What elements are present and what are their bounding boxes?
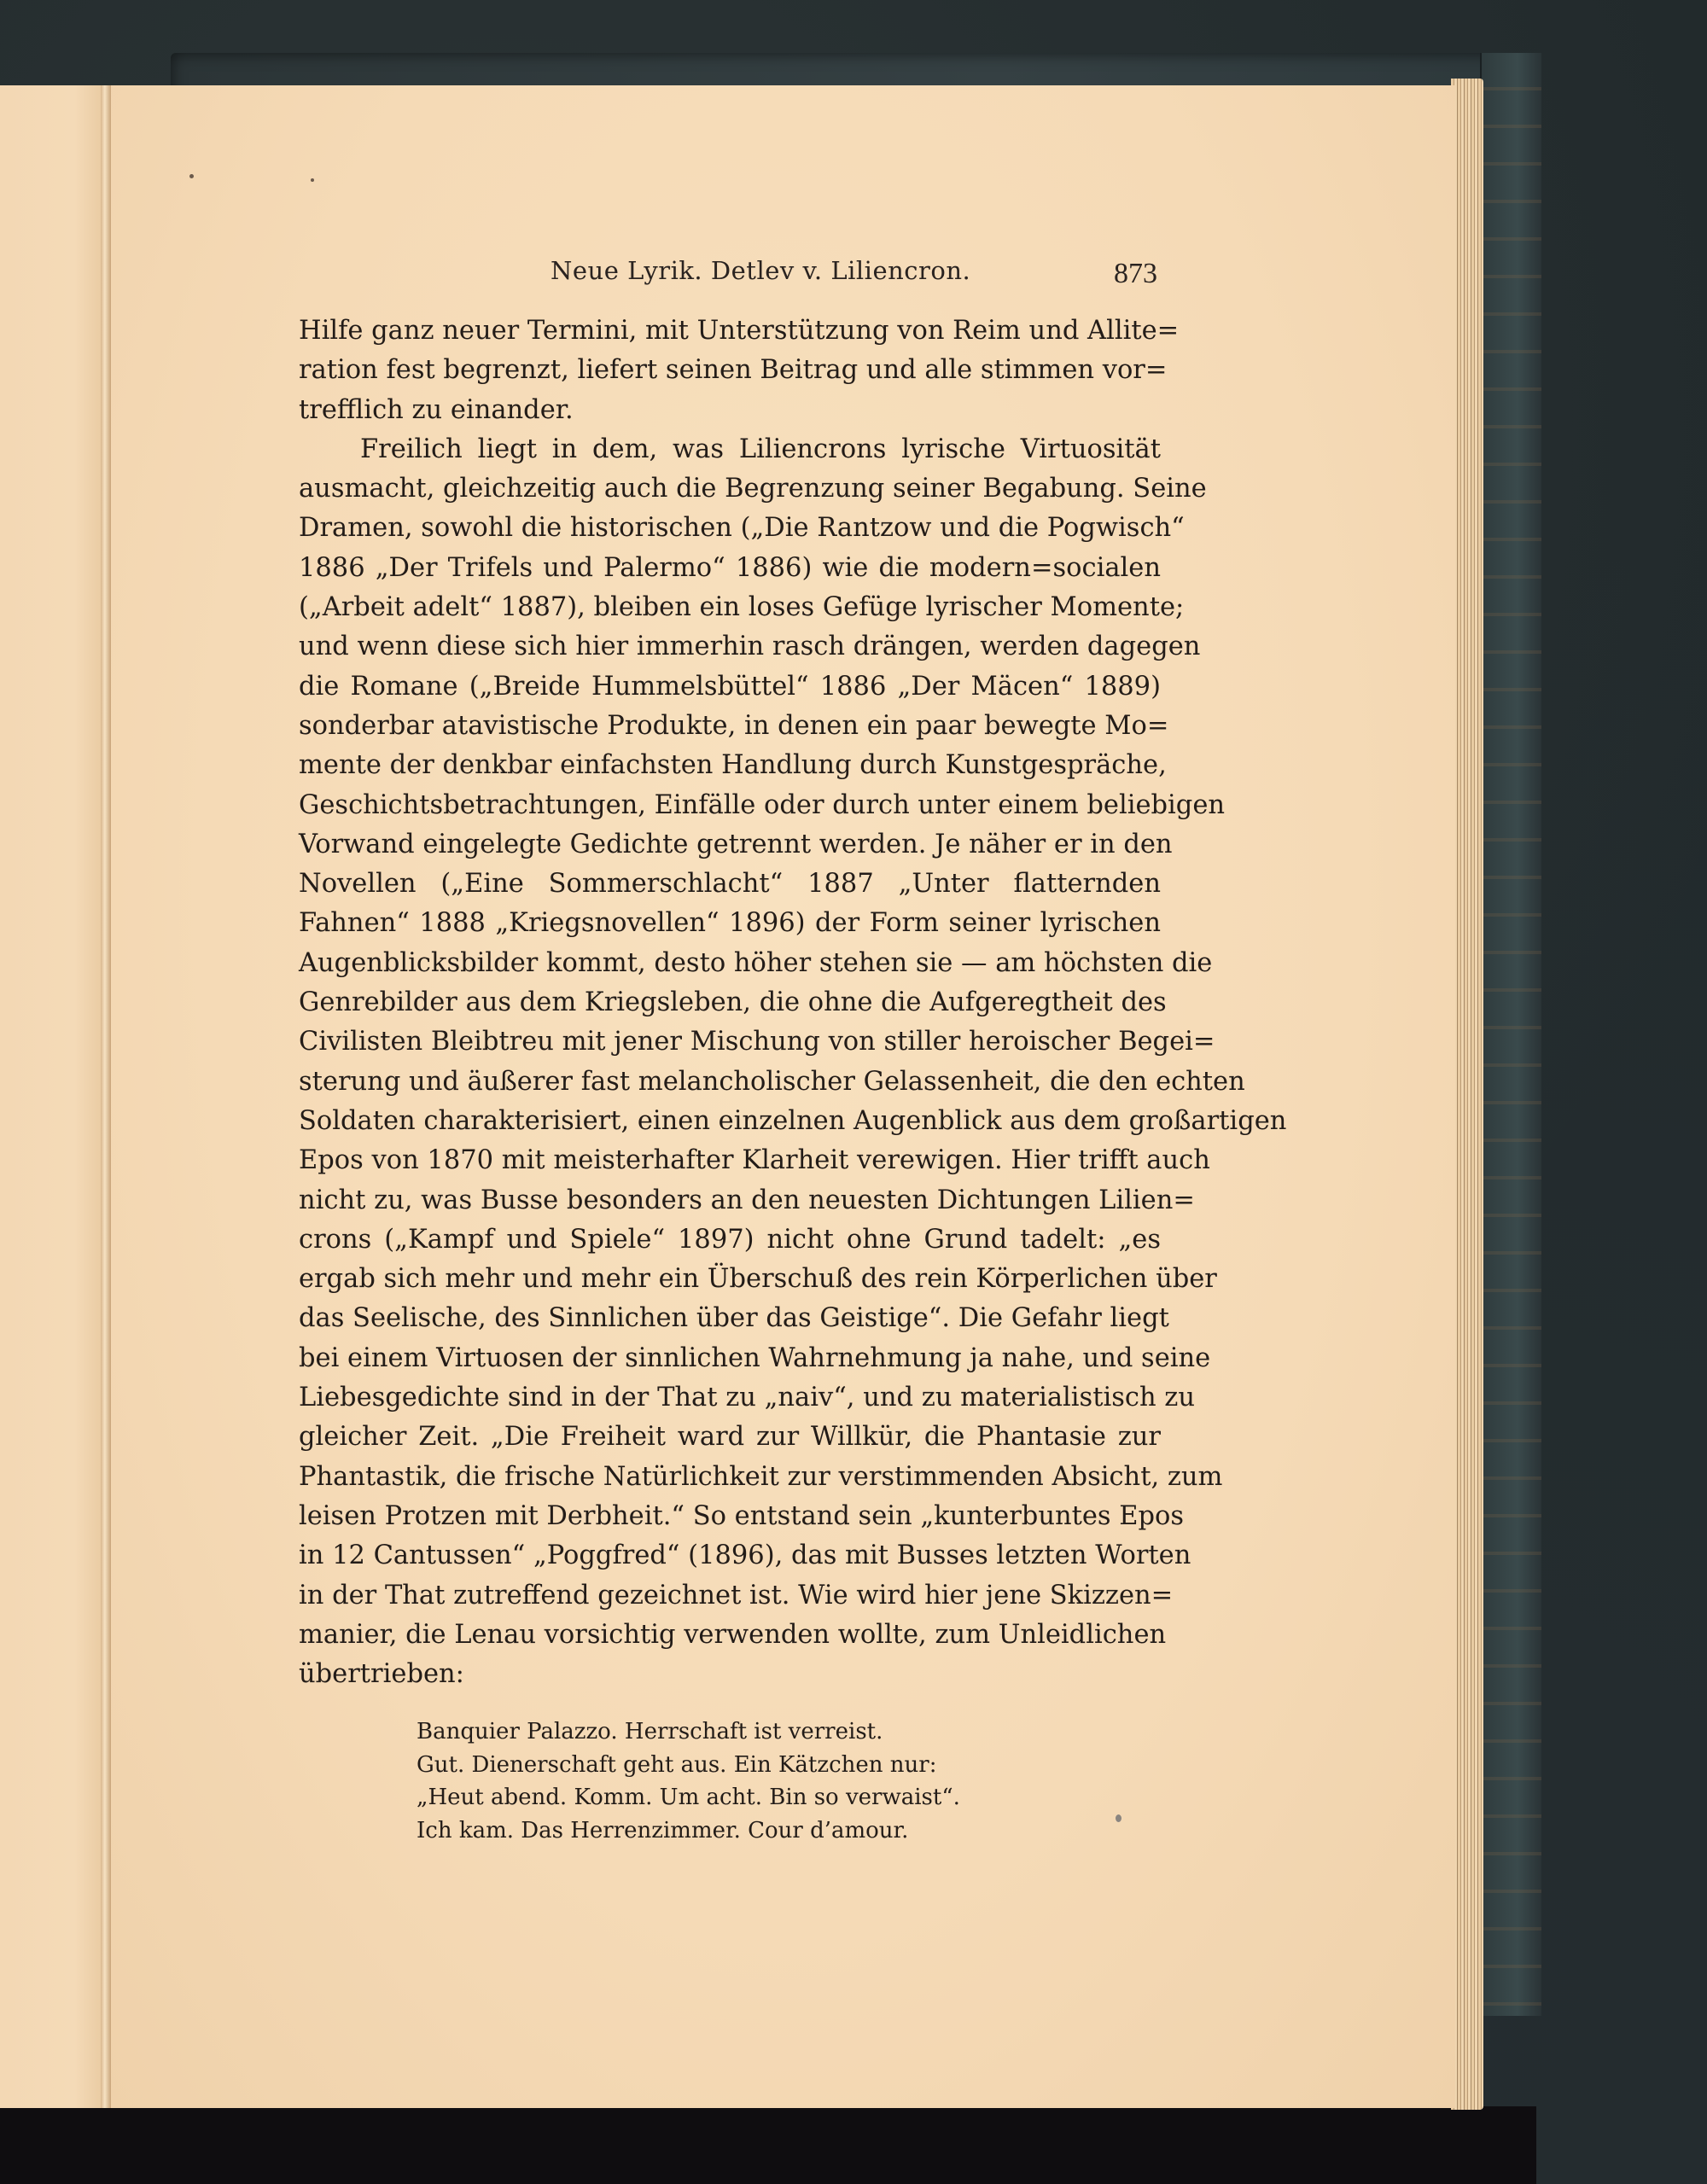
text-line: crons („Kampf und Spiele“ 1897) nicht oh… [299,1220,1161,1260]
text-line: Augenblicksbilder kommt, desto höher ste… [299,944,1161,983]
text-line: mente der denkbar einfachsten Handlung d… [299,746,1161,785]
bottom-shadow [0,2106,1536,2184]
text-line: gleicher Zeit. „Die Freiheit ward zur Wi… [299,1418,1161,1457]
text-line: Vorwand eingelegte Gedichte getrennt wer… [299,825,1161,865]
text-line: Soldaten charakterisiert, einen einzelne… [299,1102,1161,1141]
paper-speck [311,178,314,182]
paper-speck [1116,1814,1121,1822]
text-line: 1886 „Der Trifels und Palermo“ 1886) wie… [299,549,1161,588]
text-line: Liebesgedichte sind in der That zu „naiv… [299,1378,1161,1418]
page-edges-stack [1451,79,1483,2110]
text-line: die Romane („Breide Hummelsbüttel“ 1886 … [299,667,1161,707]
text-line: Freilich liegt in dem, was Liliencrons l… [299,430,1161,469]
text-line: leisen Protzen mit Derbheit.“ So entstan… [299,1497,1161,1536]
text-line: sterung und äußerer fast melancholischer… [299,1063,1161,1102]
running-head: Neue Lyrik. Detlev v. Liliencron. [551,256,970,285]
text-line: Novellen („Eine Sommerschlacht“ 1887 „Un… [299,865,1161,904]
text-line: und wenn diese sich hier immerhin rasch … [299,627,1161,667]
text-line: nicht zu, was Busse besonders an den neu… [299,1181,1161,1220]
verse-line: Gut. Dienerschaft geht aus. Ein Kätzchen… [417,1749,960,1782]
verse-line: Ich kam. Das Herrenzimmer. Cour d’amour. [417,1814,960,1848]
text-line: ration fest begrenzt, liefert seinen Bei… [299,351,1161,390]
text-line: das Seelische, des Sinnlichen über das G… [299,1299,1161,1338]
text-line: Phantastik, die frische Natürlichkeit zu… [299,1458,1161,1497]
verse-line: Banquier Palazzo. Herrschaft ist verreis… [417,1715,960,1749]
body-text: Hilfe ganz neuer Termini, mit Unterstütz… [299,312,1161,1694]
paper-speck [189,174,194,178]
text-line: Hilfe ganz neuer Termini, mit Unterstütz… [299,312,1161,351]
verse-quote: Banquier Palazzo. Herrschaft ist verreis… [417,1715,960,1847]
text-line: trefflich zu einander. [299,391,1161,430]
text-line: in 12 Cantussen“ „Poggfred“ (1896), das … [299,1536,1161,1575]
page-gutter [101,85,111,2108]
facing-page-left [0,85,107,2108]
text-line: übertrieben: [299,1655,1161,1694]
text-line: manier, die Lenau vorsichtig verwenden w… [299,1616,1161,1655]
text-line: („Arbeit adelt“ 1887), bleiben ein loses… [299,588,1161,627]
text-line: ausmacht, gleichzeitig auch die Begrenzu… [299,469,1161,509]
page-number: 873 [1114,258,1157,290]
text-line: ergab sich mehr und mehr ein Überschuß d… [299,1260,1161,1299]
text-line: Dramen, sowohl die historischen („Die Ra… [299,509,1161,548]
text-line: sonderbar atavistische Produkte, in dene… [299,707,1161,746]
text-line: Epos von 1870 mit meisterhafter Klarheit… [299,1141,1161,1180]
text-line: in der That zutreffend gezeichnet ist. W… [299,1576,1161,1616]
text-line: Fahnen“ 1888 „Kriegsnovellen“ 1896) der … [299,904,1161,943]
verse-line: „Heut abend. Komm. Um acht. Bin so verwa… [417,1781,960,1814]
text-line: Genrebilder aus dem Kriegsleben, die ohn… [299,983,1161,1022]
text-line: Civilisten Bleibtreu mit jener Mischung … [299,1022,1161,1062]
text-line: Geschichtsbetrachtungen, Einfälle oder d… [299,786,1161,825]
text-line: bei einem Virtuosen der sinnlichen Wahrn… [299,1339,1161,1378]
